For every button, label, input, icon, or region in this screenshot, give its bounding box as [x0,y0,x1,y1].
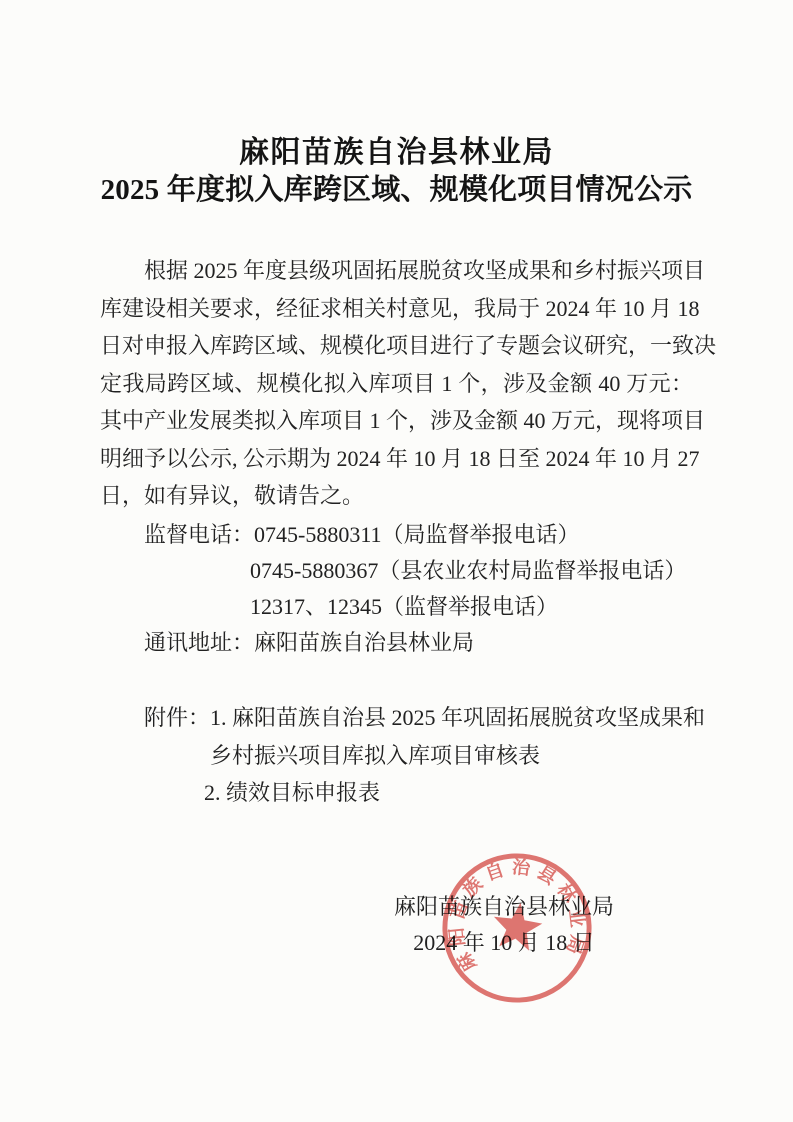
supervision-phone-line: 0745-5880367（县农业农村局监督举报电话） [100,553,720,589]
body-paragraph: 根据 2025 年度县级巩固拓展脱贫攻坚成果和乡村振兴项目 库建设相关要求，经征… [100,252,693,515]
paragraph-line: 根据 2025 年度县级巩固拓展脱贫攻坚成果和乡村振兴项目 [100,252,693,290]
signature-org-name: 麻阳苗族自治县林业局 [362,889,646,925]
attachment-item: 2. 绩效目标申报表 [100,774,720,812]
paragraph-line: 其中产业发展类拟入库项目 1 个，涉及金额 40 万元，现将项目 [100,402,693,440]
contact-info: 监督电话：0745-5880311（局监督举报电话） 0745-5880367（… [100,517,720,661]
supervision-phone-line: 监督电话：0745-5880311（局监督举报电话） [100,517,720,553]
attachments-list: 附件：1. 麻阳苗族自治县 2025 年巩固拓展脱贫攻坚成果和 乡村振兴项目库拟… [100,699,720,812]
paragraph-line: 日，如有异议，敬请告之。 [100,477,693,515]
attachment-item: 附件：1. 麻阳苗族自治县 2025 年巩固拓展脱贫攻坚成果和 [100,699,720,737]
paragraph-line: 明细予以公示, 公示期为 2024 年 10 月 18 日至 2024 年 10… [100,440,693,478]
attachment-item-continuation: 乡村振兴项目库拟入库项目审核表 [100,737,720,775]
paragraph-line: 日对申报入库跨区域、规模化项目进行了专题会议研究，一致决 [100,327,693,365]
mailing-address-line: 通讯地址：麻阳苗族自治县林业局 [100,625,720,661]
signature-date: 2024 年 10 月 18 日 [362,925,646,961]
title-subject: 2025 年度拟入库跨区域、规模化项目情况公示 [0,172,793,209]
document-title: 麻阳苗族自治县林业局 2025 年度拟入库跨区域、规模化项目情况公示 [0,134,793,209]
paragraph-line: 库建设相关要求，经征求相关村意见，我局于 2024 年 10 月 18 [100,290,693,328]
signature-block: 麻阳苗族自治县林业局 2024 年 10 月 18 日 [362,889,646,961]
document-page: 麻阳苗族自治县林业局 2025 年度拟入库跨区域、规模化项目情况公示 根据 20… [0,0,793,1122]
paragraph-line: 定我局跨区域、规模化拟入库项目 1 个，涉及金额 40 万元： [100,365,693,403]
supervision-phone-line: 12317、12345（监督举报电话） [100,589,720,625]
title-org-name: 麻阳苗族自治县林业局 [0,134,793,172]
